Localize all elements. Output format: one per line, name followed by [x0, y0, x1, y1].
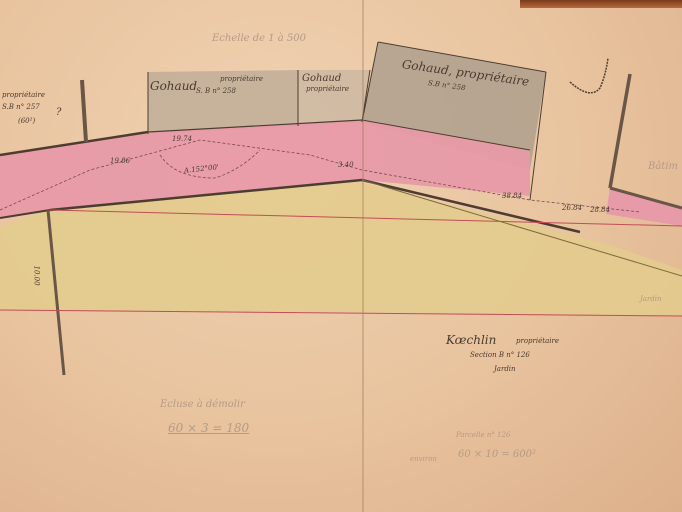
pencil-note-right: Jardin — [640, 296, 662, 303]
road-dim-5: 38.84 — [502, 193, 522, 200]
pencil-note-2-prefix: environ — [410, 456, 437, 463]
road-dim-3: 3.40 — [338, 162, 354, 169]
gohaud-2-role: propriétaire — [306, 86, 349, 93]
gohaud-1-ref: S. B n° 258 — [196, 88, 236, 95]
koechlin-use: Jardin — [494, 366, 516, 373]
pencil-note-1: Ecluse à démolir — [160, 400, 245, 410]
vertical-dimension: 10.00 — [33, 266, 40, 286]
left-owner-ref: S.B n° 257 — [2, 104, 40, 111]
gohaud-2-owner: Gohaud — [302, 74, 341, 84]
pencil-note-2-formula: 60 × 10 = 600² — [458, 450, 536, 460]
pencil-note-1-formula: 60 × 3 = 180 — [168, 422, 249, 434]
koechlin-owner: Kœchlin — [446, 334, 496, 346]
road-band-right — [606, 188, 682, 226]
road-dim-6: 26.84 — [562, 205, 582, 212]
road-dim-1: 19.74 — [172, 136, 192, 143]
koechlin-role: propriétaire — [516, 338, 559, 345]
koechlin-section: Section B n° 126 — [470, 352, 530, 359]
gohaud-1-role: propriétaire — [220, 76, 263, 83]
left-owner-area: (60²) — [18, 118, 35, 125]
left-owner-question: ? — [56, 108, 61, 118]
road-dim-2: 19.86 — [110, 158, 130, 165]
pencil-note-2: Parcelle n° 126 — [456, 432, 510, 439]
road-dim-7: 28.84 — [590, 207, 610, 214]
left-owner-label: propriétaire — [2, 92, 45, 99]
gohaud-1-owner: Gohaud — [150, 80, 197, 92]
paper-fold-line — [362, 0, 364, 512]
scale-note: Echelle de 1 à 500 — [212, 34, 306, 44]
right-partial-label: Bâtim — [648, 162, 678, 172]
